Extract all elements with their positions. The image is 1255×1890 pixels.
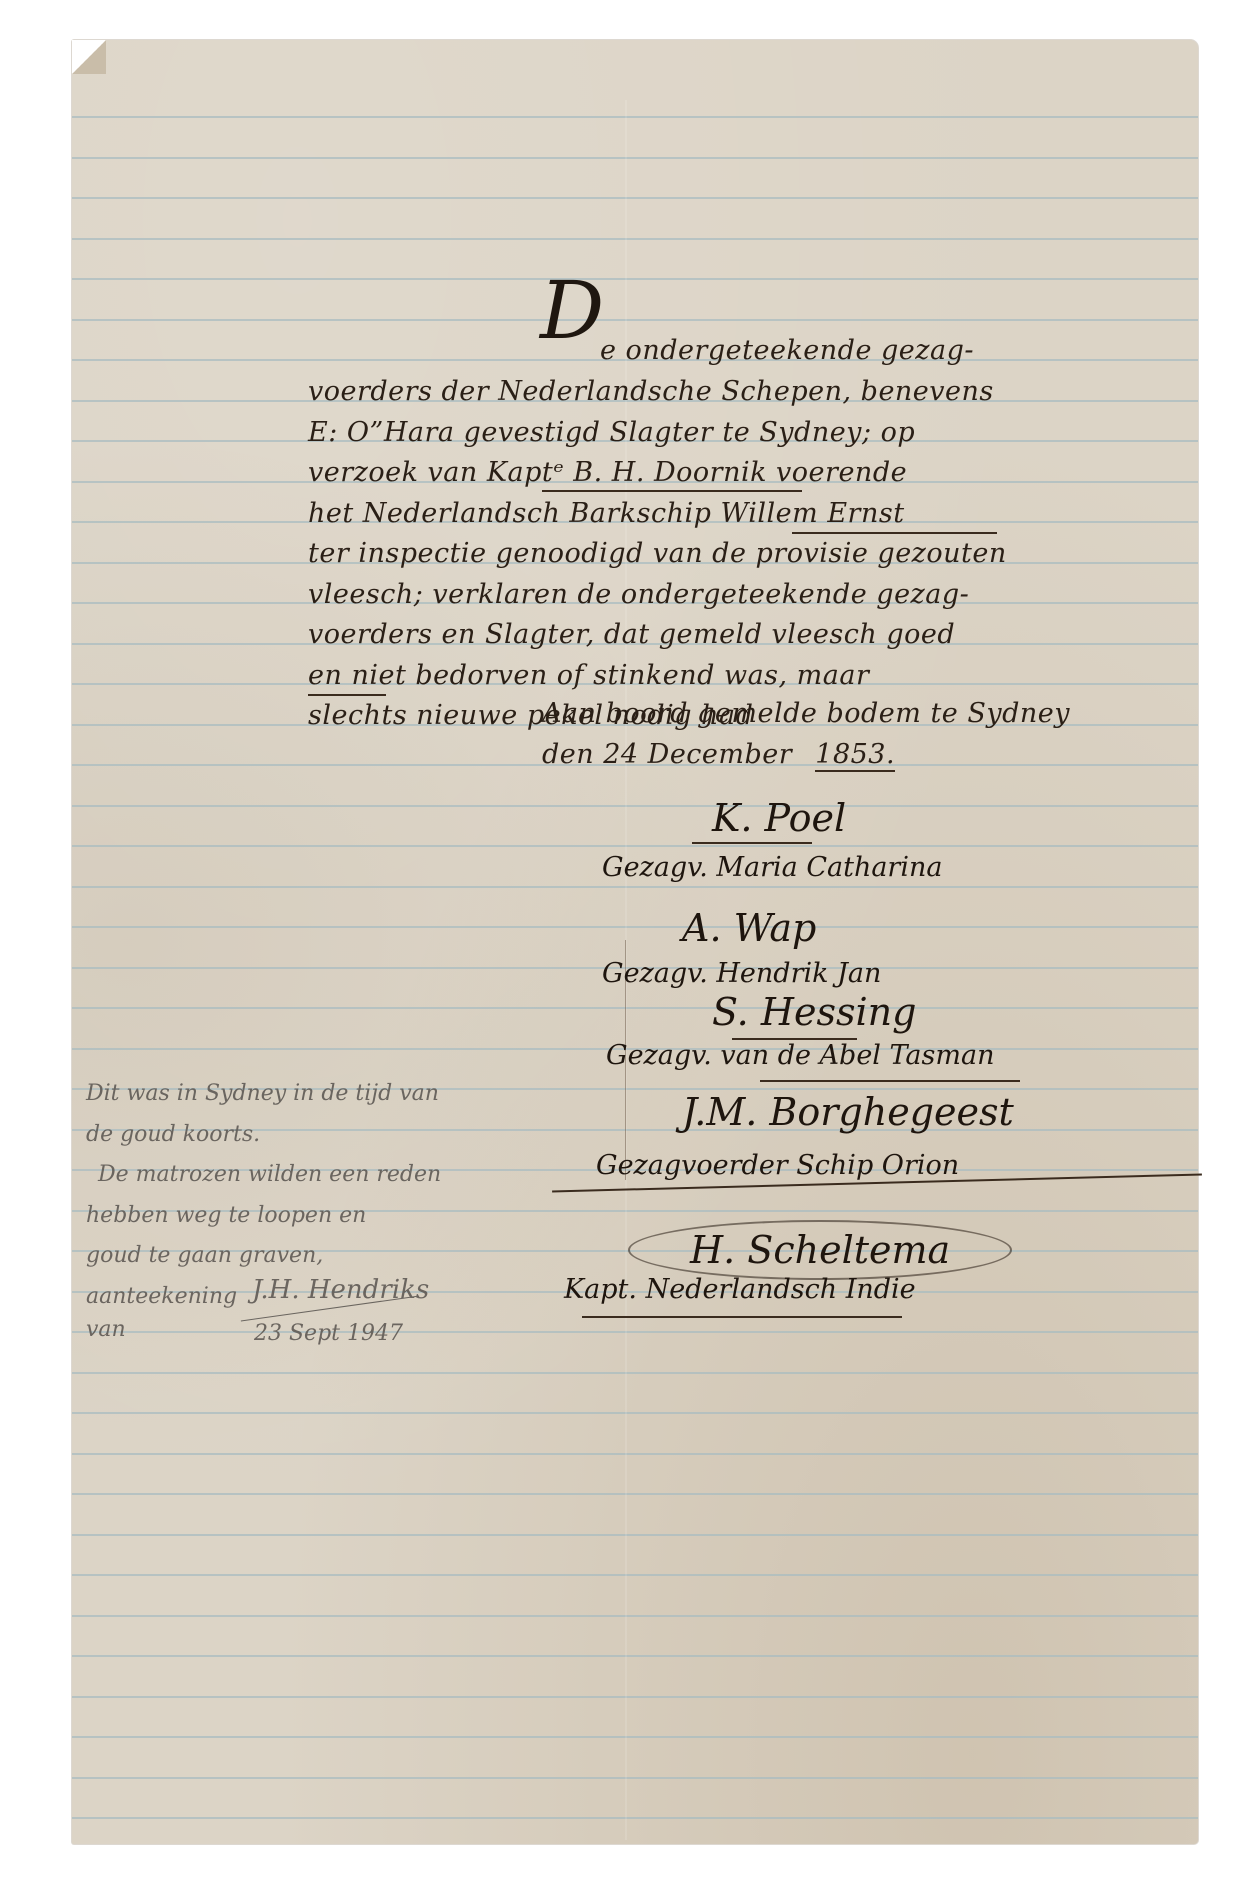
ruled-line: [72, 1534, 1198, 1536]
ruled-line: [72, 886, 1198, 888]
ruled-line: [72, 1493, 1198, 1495]
ruled-line: [72, 278, 1198, 280]
ruled-lines: [72, 40, 1198, 1844]
place-line: Aan boord gemelde bodem te Sydney: [542, 694, 1070, 735]
ruled-line: [72, 1574, 1198, 1576]
text-line-7: vleesch; verklaren de ondergeteekende ge…: [308, 575, 969, 616]
ruled-line: [72, 1007, 1198, 1009]
pencil-date: 23 Sept 1947: [254, 1314, 403, 1355]
pencil-line-3: De matrozen wilden een reden: [98, 1155, 441, 1196]
ruled-line: [72, 1655, 1198, 1657]
ruled-line: [72, 319, 1198, 321]
ruled-line: [72, 1372, 1198, 1374]
ruled-line: [72, 1777, 1198, 1779]
pencil-line-4: hebben weg te loopen en: [86, 1196, 366, 1237]
text-line-2: voerders der Nederlandsche Schepen, bene…: [308, 372, 994, 413]
pencil-line-2: de goud koorts.: [86, 1115, 260, 1156]
underline-niet: [308, 694, 386, 696]
ruled-line: [72, 1453, 1198, 1455]
text-line-3: E: O”Hara gevestigd Slagter te Sydney; o…: [308, 413, 915, 454]
date-line: den 24 December 1853.: [542, 735, 895, 776]
text-line-6: ter inspectie genoodigd van de provisie …: [308, 534, 1007, 575]
drop-initial: D: [540, 291, 605, 332]
signature-2-role: Gezagv. Hendrik Jan: [602, 958, 881, 989]
ruled-line: [72, 1412, 1198, 1414]
pencil-line-7: van: [86, 1310, 126, 1351]
text-line-5: het Nederlandsch Barkschip Willem Ernst: [308, 494, 905, 535]
signature-2-name: A. Wap: [682, 906, 816, 950]
signature-5-flourish: [582, 1316, 902, 1318]
text-line-4-content: verzoek van Kaptᵉ B. H. Doornik voerende: [308, 457, 907, 488]
ruled-line: [72, 1736, 1198, 1738]
signature-1-role: Gezagv. Maria Catharina: [602, 852, 942, 883]
ruled-line: [72, 1331, 1198, 1333]
ruled-line: [72, 157, 1198, 159]
signature-3-role: Gezagv. van de Abel Tasman: [606, 1040, 994, 1071]
signature-5-role: Kapt. Nederlandsch Indie: [564, 1274, 916, 1305]
signature-3-name: S. Hessing: [712, 990, 916, 1034]
ruled-line: [72, 845, 1198, 847]
underline-willem-ernst: [792, 532, 997, 534]
signature-1-name: K. Poel: [712, 796, 846, 840]
ruled-line: [72, 1817, 1198, 1819]
text-line-9: en niet bedorven of stinkend was, maar: [308, 656, 869, 697]
ruled-line: [72, 116, 1198, 118]
ruled-line: [72, 1696, 1198, 1698]
signature-1-flourish: [692, 842, 812, 844]
text-line-1: e ondergeteekende gezag-: [600, 331, 974, 372]
ruled-line: [72, 197, 1198, 199]
date-day-month: den 24 December: [542, 739, 792, 770]
ruled-line: [72, 926, 1198, 928]
underline-abel-tasman: [760, 1080, 1020, 1082]
pencil-signature: J.H. Hendriks: [252, 1270, 429, 1311]
date-year: 1853.: [815, 739, 895, 772]
signature-4-role: Gezagvoerder Schip Orion: [596, 1150, 959, 1181]
underline-doornik: [542, 490, 802, 492]
pencil-line-1: Dit was in Sydney in de tijd van: [86, 1074, 439, 1115]
signature-4-name: J.M. Borghegeest: [682, 1090, 1014, 1134]
signature-5-name: H. Scheltema: [628, 1220, 1012, 1280]
document-page: D e ondergeteekende gezag- voerders der …: [72, 40, 1198, 1844]
ruled-line: [72, 805, 1198, 807]
ruled-line: [72, 238, 1198, 240]
text-line-8: voerders en Slagter, dat gemeld vleesch …: [308, 615, 955, 656]
ruled-line: [72, 1615, 1198, 1617]
text-line-4: verzoek van Kaptᵉ B. H. Doornik voerende: [308, 453, 907, 494]
